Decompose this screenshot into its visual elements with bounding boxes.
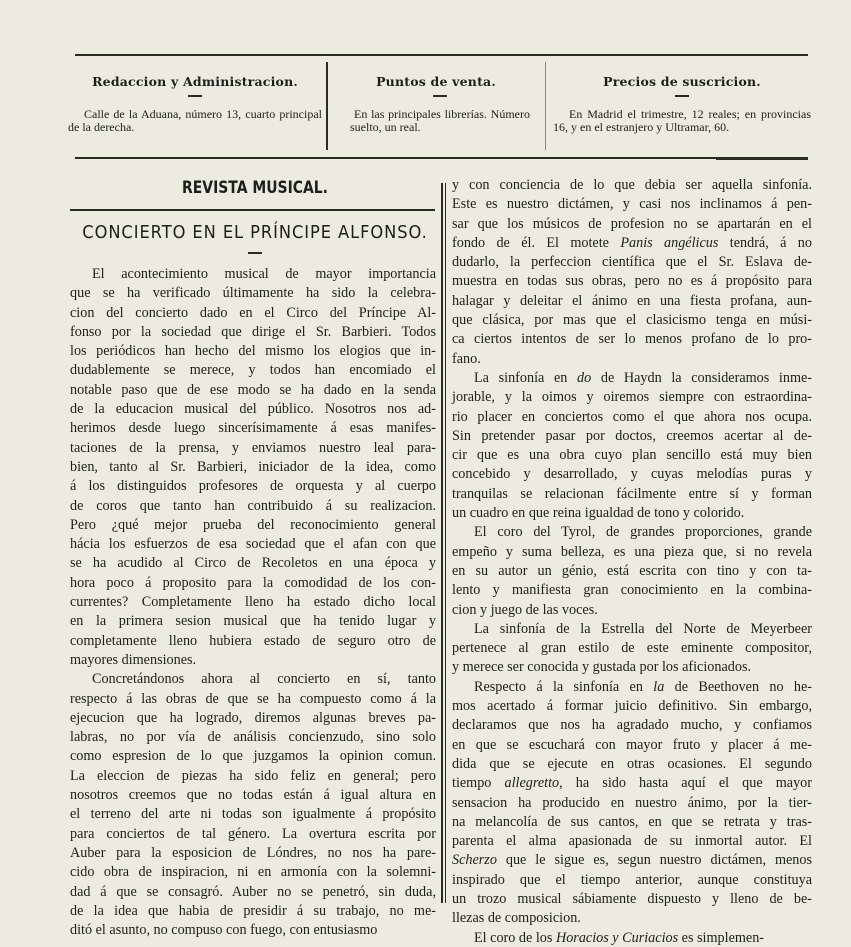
section-title: REVISTA MUSICAL.: [112, 178, 399, 198]
text-line: ca ciertos intentos de ser lo menos prof…: [452, 330, 812, 349]
text-line: na melancolía de sus cantos, en que se r…: [452, 813, 812, 832]
masthead-puntos-venta: Puntos de venta. En las principales libr…: [350, 60, 530, 152]
text-line: halagar y deleitar el ánimo en una fiest…: [452, 292, 812, 311]
text-line: hácia los esfuerzos de esa sociedad que …: [70, 535, 436, 554]
text-line: currentes? Completamente lleno ha estado…: [70, 593, 436, 612]
text-line: herimos desde luego sincerísimamente á e…: [70, 419, 436, 438]
text-line: sensacion ha producido en nuestro ánimo,…: [452, 794, 812, 813]
masthead-bottom-rule: [75, 157, 732, 159]
masthead-top-rule: [75, 54, 808, 56]
article-left-column: El acontecimiento musical de mayor impor…: [70, 265, 436, 940]
text-line: fonso por la sociedad que dirige el Sr. …: [70, 323, 436, 342]
masthead-bottom-rule-short: [716, 157, 808, 160]
text-line: bien, tanto al Sr. Barbieri, iniciador d…: [70, 458, 436, 477]
masthead-precios-text: En Madrid el trimestre, 12 reales; en pr…: [553, 108, 811, 134]
text-line: se ha acudido al Circo de Recoletos en u…: [70, 554, 436, 573]
text-line: á los distinguidos profesores de orquest…: [70, 477, 436, 496]
text-line: El acontecimiento musical de mayor impor…: [70, 265, 436, 284]
text-line: dudarlo, la perfeccion científica que el…: [452, 253, 812, 272]
section-title-rule: [70, 209, 435, 211]
text-line: La sinfonía en do de Haydn la consideram…: [452, 369, 812, 388]
text-line: cir que es una obra cuyo plan sencillo e…: [452, 446, 812, 465]
text-line: taciones de la prensa, y enviamos nuestr…: [70, 439, 436, 458]
text-line: llezas de composicion.: [452, 909, 812, 928]
text-line: tranquilas se relacionan fácilmente entr…: [452, 485, 812, 504]
text-line: dad á que se consagró. Auber no se penet…: [70, 883, 436, 902]
text-line: parenta el alma apasionada de su inmorta…: [452, 832, 812, 851]
text-line: empeño y suma belleza, es una pieza que,…: [452, 543, 812, 562]
masthead-redaccion-text: Calle de la Aduana, número 13, cuarto pr…: [68, 108, 322, 134]
text-line: dida que se ejecute en otras ocasiones. …: [452, 755, 812, 774]
text-line: que se ha verificado últimamente ha sido…: [70, 284, 436, 303]
text-line: cido obra de inspiracion, ni en armonía …: [70, 863, 436, 882]
text-line: labras, no por vía de análisis concienzu…: [70, 728, 436, 747]
text-line: y con conciencia de lo que debia ser aqu…: [452, 176, 812, 195]
masthead-redaccion-heading: Redaccion y Administracion.: [68, 74, 322, 89]
text-line: como espresion de lo que juzgamos la opi…: [70, 747, 436, 766]
text-line: jorable, y la oimos y oiremos siempre co…: [452, 388, 812, 407]
text-line: para conciertos de tal género. La overtu…: [70, 825, 436, 844]
text-line: Concretándonos ahora al concierto en sí,…: [70, 670, 436, 689]
masthead-puntos-text: En las principales librerías. Número sue…: [350, 108, 530, 134]
text-line: dudablemente se merece, y todos han enco…: [70, 361, 436, 380]
text-line: notable paso que de ese modo se ha dado …: [70, 381, 436, 400]
text-line: en la primera sesion musical que ha teni…: [70, 612, 436, 631]
text-line: Auber para la esposicion de Lóndres, no …: [70, 844, 436, 863]
text-line: Respecto á la sinfonía en la de Beethove…: [452, 678, 812, 697]
text-line: un cuadro en que reina igualdad de tono …: [452, 504, 812, 523]
text-line: muestra en todas sus obras, pero no es á…: [452, 272, 812, 291]
text-line: Pero ¿qué mejor prueba del reconocimient…: [70, 516, 436, 535]
text-line: mos acertado á formar juicio definitivo.…: [452, 697, 812, 716]
text-line: Sin pretender pasar por doctos, creemos …: [452, 427, 812, 446]
text-line: La eleccion de piezas ha sido feliz en g…: [70, 767, 436, 786]
text-line: tiempo allegretto, ha sido hasta aquí el…: [452, 774, 812, 793]
article-right-column: y con conciencia de lo que debia ser aqu…: [452, 176, 812, 947]
text-line: hora poco á proposito para la comodidad …: [70, 574, 436, 593]
masthead-redaccion: Redaccion y Administracion. Calle de la …: [68, 60, 322, 152]
text-line: La sinfonía de la Estrella del Norte de …: [452, 620, 812, 639]
text-line: de coros que tanto han contribuido á su …: [70, 497, 436, 516]
text-line: ejecucion que ha logrado, diremos alguna…: [70, 709, 436, 728]
masthead-precios: Precios de suscricion. En Madrid el trim…: [553, 60, 811, 152]
dash-divider: [188, 95, 202, 97]
text-line: concebido y desarrollado, y cuyas melodí…: [452, 465, 812, 484]
article-title: CONCIERTO EN EL PRÍNCIPE ALFONSO.: [74, 223, 437, 243]
dash-divider: [433, 95, 447, 97]
column-divider: [445, 183, 446, 903]
text-line: cion del concierto dado en el Circo del …: [70, 304, 436, 323]
text-line: en que se escuchará con mayor fruto y pl…: [452, 736, 812, 755]
text-line: de la educacion musical del público. Nos…: [70, 400, 436, 419]
masthead-divider: [326, 62, 328, 150]
text-line: Este es nuestro dictámen, y casi nos inc…: [452, 195, 812, 214]
text-line: un trozo musical sábiamente dispuesto y …: [452, 890, 812, 909]
text-line: completamente lleno hubiera estado de se…: [70, 632, 436, 651]
column-divider: [441, 183, 443, 903]
article-title-dash: [248, 252, 262, 254]
text-line: los periódicos han hecho del mismo los e…: [70, 342, 436, 361]
text-line: declaramos que nos ha agradado mucho, y …: [452, 716, 812, 735]
masthead-precios-heading: Precios de suscricion.: [553, 74, 811, 89]
masthead-puntos-heading: Puntos de venta.: [342, 74, 530, 89]
text-line: inspirado que el tiempo anterior, aunque…: [452, 871, 812, 890]
text-line: lento y manifiesta gran conocimiento en …: [452, 581, 812, 600]
text-line: de la idea que habia de presidir á su tr…: [70, 902, 436, 921]
text-line: rio placer en conciertos como el que aho…: [452, 408, 812, 427]
dash-divider: [675, 95, 689, 97]
text-line: sar que los músicos de profesion no se a…: [452, 215, 812, 234]
text-line: ditó el asunto, no compuso con fuego, co…: [70, 921, 436, 940]
text-line: nosotros creemos que no todas están á ig…: [70, 786, 436, 805]
text-line: en su autor un génio, está escrita con t…: [452, 562, 812, 581]
text-line: El coro de los Horacios y Curiacios es s…: [452, 929, 812, 947]
text-line: cion y juego de las voces.: [452, 601, 812, 620]
text-line: pertenece al gran estilo de este eminent…: [452, 639, 812, 658]
text-line: fondo de él. El motete Panis angélicus t…: [452, 234, 812, 253]
text-line: y merece ser conocida y gustada por los …: [452, 658, 812, 677]
text-line: que clásica, por mas que el clasicismo t…: [452, 311, 812, 330]
text-line: Scherzo que le sigue es, segun nuestro d…: [452, 851, 812, 870]
text-line: respecto á las obras de que se ha compue…: [70, 690, 436, 709]
text-line: El coro del Tyrol, de grandes proporcion…: [452, 523, 812, 542]
masthead-divider: [545, 62, 546, 150]
text-line: el terreno del arte ni todas son igualme…: [70, 805, 436, 824]
text-line: fano.: [452, 350, 812, 369]
text-line: mayores dimensiones.: [70, 651, 436, 670]
